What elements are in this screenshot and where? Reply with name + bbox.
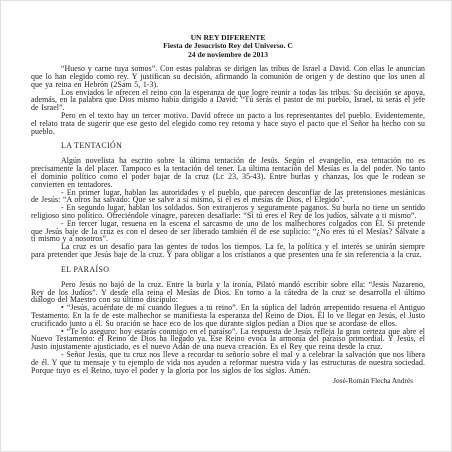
document-page: UN REY DIFERENTE Fiesta de Jesucristo Re… xyxy=(0,0,452,452)
paraiso-paragraph-4: - Señor Jesús, que tu cruz nos lleve a r… xyxy=(31,351,425,374)
intro-paragraph-2: Los enviados le ofrecen el reino con la … xyxy=(31,89,425,112)
paraiso-paragraph-3: • “Te lo aseguro: hoy estarás conmigo en… xyxy=(31,328,425,351)
document-header: UN REY DIFERENTE Fiesta de Jesucristo Re… xyxy=(31,34,425,59)
document-date: 24 de noviembre de 2013 xyxy=(31,51,425,59)
tentacion-paragraph-4: - En tercer lugar, resuena en la escena … xyxy=(31,220,425,243)
section-heading-tentacion: LA TENTACIÓN xyxy=(61,142,425,150)
author-signature: José-Román Flecha Andrés xyxy=(31,377,425,385)
tentacion-paragraph-3: - En segundo lugar, hablan los soldados.… xyxy=(31,204,425,220)
document-body: “Hueso y carne tuya somos”. Con estas pa… xyxy=(31,65,425,385)
tentacion-paragraph-1: Algún novelista ha escrito sobre la últi… xyxy=(31,157,425,188)
intro-paragraph-3: Pero en el texto hay un tercer motivo. D… xyxy=(31,112,425,135)
tentacion-paragraph-2: - En primer lugar, hablan las autoridade… xyxy=(31,189,425,205)
intro-paragraph-1: “Hueso y carne tuya somos”. Con estas pa… xyxy=(31,65,425,88)
paraiso-paragraph-2: • “Jesús, acuérdate de mí cuando llegues… xyxy=(31,304,425,327)
paraiso-paragraph-1: Pero Jesús no bajó de la cruz. Entre la … xyxy=(31,281,425,304)
tentacion-paragraph-5: La cruz es un desafío para las gentes de… xyxy=(31,243,425,259)
section-heading-paraiso: EL PARAÍSO xyxy=(61,266,425,274)
